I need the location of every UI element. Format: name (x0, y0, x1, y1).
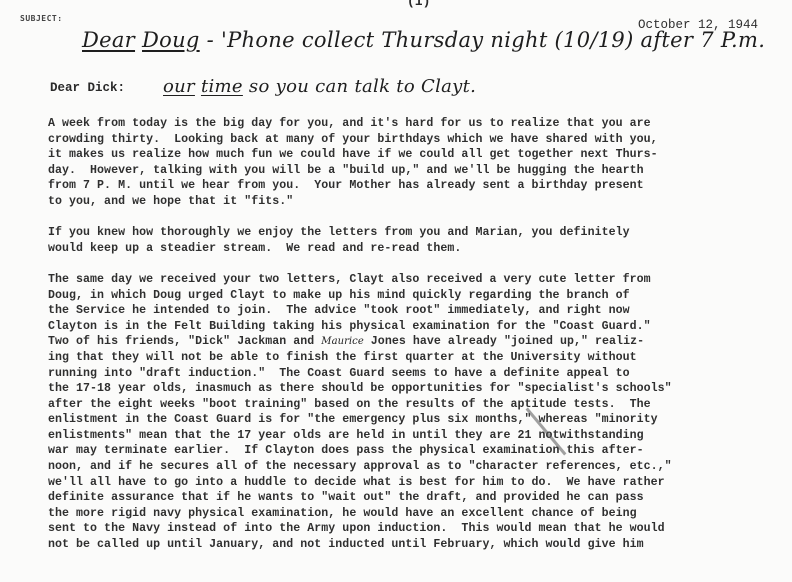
text-line: crowding thirty. Looking back at many of… (48, 132, 788, 148)
handwritten-dear: Dear (82, 28, 135, 52)
paragraph-letters: If you knew how thoroughly we enjoy the … (48, 225, 788, 256)
text-line: would keep up a steadier stream. We read… (48, 241, 788, 257)
text-line: running into "draft induction." The Coas… (48, 366, 788, 382)
text-line: ing that they will not be able to finish… (48, 350, 788, 366)
text-line: A week from today is the big day for you… (48, 116, 788, 132)
text-segment: Jones have already "joined up," realiz- (364, 335, 644, 348)
text-line: to you, and we hope that it "fits." (48, 194, 788, 210)
text-line: noon, and if he secures all of the neces… (48, 459, 788, 475)
text-line: Doug, in which Doug urged Clayt to make … (48, 288, 788, 304)
text-line-with-handwriting: Two of his friends, "Dick" Jackman and M… (48, 334, 788, 350)
handwritten-our: our (163, 76, 195, 97)
text-line: The same day we received your two letter… (48, 272, 788, 288)
handwritten-phone-instruction: - 'Phone collect Thursday night (10/19) … (200, 28, 766, 52)
text-line: definite assurance that if he wants to "… (48, 490, 788, 506)
handwritten-note-line-1: Dear Doug - 'Phone collect Thursday nigh… (82, 28, 765, 52)
text-line: after the eight weeks "boot training" ba… (48, 397, 788, 413)
text-line: enlistment in the Coast Guard is for "th… (48, 412, 788, 428)
text-line: If you knew how thoroughly we enjoy the … (48, 225, 788, 241)
text-line: the more rigid navy physical examination… (48, 506, 788, 522)
paragraph-birthday: A week from today is the big day for you… (48, 116, 788, 210)
text-segment: Two of his friends, "Dick" Jackman and (48, 335, 321, 348)
salutation: Dear Dick: (50, 81, 125, 95)
text-line: enlistments" mean that the 17 year olds … (48, 428, 788, 444)
text-line: the Service he intended to join. The adv… (48, 303, 788, 319)
text-line: sent to the Navy instead of into the Arm… (48, 521, 788, 537)
text-line: we'll all have to go into a huddle to de… (48, 475, 788, 491)
handwritten-doug: Doug (142, 28, 200, 52)
paragraph-coast-guard: The same day we received your two letter… (48, 272, 788, 553)
text-line: not be called up until January, and not … (48, 537, 788, 553)
text-line: it makes us realize how much fun we coul… (48, 147, 788, 163)
text-line: day. However, talking with you will be a… (48, 163, 788, 179)
text-line: from 7 P. M. until we hear from you. You… (48, 178, 788, 194)
page-number: (1) (407, 0, 430, 9)
handwritten-talk-to-clayt: so you can talk to Clayt. (243, 76, 476, 97)
handwritten-note-line-2: our time so you can talk to Clayt. (163, 76, 476, 97)
text-line: Clayton is in the Felt Building taking h… (48, 319, 788, 335)
handwritten-maurice: Maurice (321, 336, 364, 347)
text-line: the 17-18 year olds, inasmuch as there s… (48, 381, 788, 397)
text-line: war may terminate earlier. If Clayton do… (48, 443, 788, 459)
letter-body: A week from today is the big day for you… (48, 116, 788, 568)
handwritten-time: time (201, 76, 243, 97)
subject-label: SUBJECT: (20, 14, 63, 23)
